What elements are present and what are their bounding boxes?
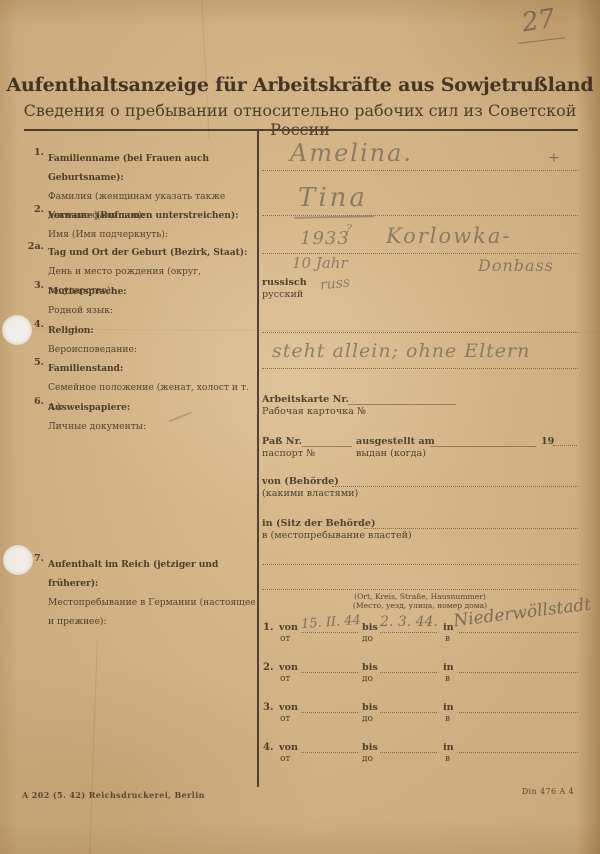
paper-crease xyxy=(89,640,97,854)
label-issued-ru: выдан (когда) xyxy=(356,448,426,459)
footer-print-code: A 202 (5. 42) Reichsdruckerei, Berlin xyxy=(22,790,205,800)
label-ot: от xyxy=(280,674,290,684)
row4-in-line xyxy=(459,751,578,753)
residence-line-1 xyxy=(262,563,578,565)
handwriting-birth-year-note: ? xyxy=(346,222,352,235)
field-number: 3. xyxy=(24,279,44,317)
label-do: до xyxy=(362,714,373,724)
label-von: von xyxy=(279,662,298,673)
label-von: von xyxy=(279,622,298,633)
label-in: in xyxy=(443,742,454,753)
label-bis: bis xyxy=(362,702,378,713)
label-bis: bis xyxy=(362,622,378,633)
row1-bis-line xyxy=(380,631,437,633)
row2-in-line xyxy=(459,671,578,673)
label-von: von xyxy=(279,742,298,753)
row4-von-line xyxy=(301,751,358,753)
label-in: in xyxy=(443,702,454,713)
row1-in-line xyxy=(459,631,578,633)
row4-bis-line xyxy=(380,751,437,753)
handwriting-surname: Amelina. xyxy=(290,139,413,167)
field-label-de: Religion: xyxy=(48,325,94,336)
label-arbeitskarte-de: Arbeitskarte Nr. xyxy=(262,394,349,405)
field-label-ru: Личные документы: xyxy=(48,421,146,432)
residence-row-number: 3. xyxy=(263,702,273,713)
label-von-behoerde-ru: (какими властями) xyxy=(262,488,358,499)
residence-row-number: 2. xyxy=(263,662,273,673)
page-number-annotation: 27 xyxy=(520,4,557,39)
field-label-ru: Вероисповедание: xyxy=(48,344,137,355)
field-label-de: Tag und Ort der Geburt (Bezirk, Staat): xyxy=(48,247,247,258)
label-ot: от xyxy=(280,714,290,724)
field-label-ru: Местопребывание в Германии (настоящее и … xyxy=(48,597,256,627)
answer-line-familienname xyxy=(262,169,578,171)
residence-row-number: 4. xyxy=(263,742,273,753)
answer-line-religion xyxy=(262,331,578,333)
label-pass-ru: паспорт № xyxy=(262,448,315,459)
label-do: до xyxy=(362,754,373,764)
label-ot: от xyxy=(280,754,290,764)
field-label-de: Muttersprache: xyxy=(48,286,127,297)
row3-bis-line xyxy=(380,711,437,713)
answer-line-familienstand xyxy=(262,367,578,369)
handwriting-surname-mark: + xyxy=(548,150,560,166)
handwriting-birth-age: 10 Jahr xyxy=(292,254,348,272)
field-label-de: Aufenthalt im Reich (jetziger und früher… xyxy=(48,559,218,589)
label-in: in xyxy=(443,662,454,673)
label-issued-de: ausgestellt am xyxy=(356,436,435,447)
printed-language-ru: русский xyxy=(262,289,303,300)
von-behoerde-line xyxy=(332,485,578,487)
label-v: в xyxy=(445,674,450,684)
label-bis: bis xyxy=(362,742,378,753)
arbeitskarte-line xyxy=(348,403,456,405)
field-label-ausweispapiere: 6. Ausweispapiere: Личные документы: xyxy=(24,395,256,433)
form-title-russian: Сведения о пребывании относительно рабоч… xyxy=(0,101,600,139)
row3-in-line xyxy=(459,711,578,713)
handwriting-family-status: steht allein; ohne Eltern xyxy=(272,340,530,362)
row3-von-line xyxy=(301,711,358,713)
field-number: 2. xyxy=(24,203,44,241)
field-label-ru: Родной язык: xyxy=(48,305,113,316)
pass-number-line xyxy=(302,445,352,447)
firstname-underline xyxy=(294,215,374,218)
handwriting-birth-region: Donbass xyxy=(478,256,554,275)
handwriting-birth-year: 1933 xyxy=(300,228,350,249)
residence-line-2 xyxy=(262,588,578,590)
issued-date-line xyxy=(430,445,536,447)
field-label-de: Vorname (Rufnamen unterstreichen): xyxy=(48,210,238,221)
field-label-de: Ausweispapiere: xyxy=(48,402,130,413)
column-divider xyxy=(257,131,259,787)
handwriting-firstname: Tina xyxy=(298,183,368,213)
field-label-aufenthalt: 7. Aufenthalt im Reich (jetziger und frü… xyxy=(24,552,256,628)
residence-header-de: (Ort, Kreis, Straße, Hausnummer) xyxy=(295,592,545,601)
handwriting-language: russ xyxy=(319,274,351,293)
label-in-behoerde-de: in (Sitz der Behörde) xyxy=(262,518,376,529)
field-label-de: Familienname (bei Frauen auch Geburtsnam… xyxy=(48,153,209,183)
label-bis: bis xyxy=(362,662,378,673)
row2-von-line xyxy=(301,671,358,673)
label-do: до xyxy=(362,634,373,644)
field-number: 7. xyxy=(24,552,44,628)
label-v: в xyxy=(445,754,450,764)
label-do: до xyxy=(362,674,373,684)
label-von: von xyxy=(279,702,298,713)
residence-row-number: 1. xyxy=(263,622,273,633)
year-line xyxy=(553,444,577,446)
handwriting-birth-place: Korlowka- xyxy=(386,224,511,248)
label-v: в xyxy=(445,634,450,644)
label-pass-de: Paß Nr. xyxy=(262,436,302,447)
label-arbeitskarte-ru: Рабочая карточка № xyxy=(262,406,366,417)
row2-bis-line xyxy=(380,671,437,673)
printed-language-de: russisch xyxy=(262,277,307,288)
field-label-muttersprache: 3. Muttersprache: Родной язык: xyxy=(24,279,256,317)
label-in-behoerde-ru: в (местопребывание властей) xyxy=(262,530,412,541)
handwriting-row1-von: 15. II. 44 xyxy=(301,613,362,632)
field-number: 6. xyxy=(24,395,44,433)
field-label-vorname: 2. Vorname (Rufnamen unterstreichen): Им… xyxy=(24,203,256,241)
aufenthaltsanzeige-form-sheet: 27 Aufenthaltsanzeige für Arbeitskräfte … xyxy=(0,0,600,854)
field-label-ru: Имя (Имя подчеркнуть): xyxy=(48,229,168,240)
footer-din-code: Din 476 A 4 xyxy=(522,787,574,796)
form-title-german: Aufenthaltsanzeige für Arbeitskräfte aus… xyxy=(0,74,600,96)
label-v: в xyxy=(445,714,450,724)
field-label-de: Familienstand: xyxy=(48,363,123,374)
header-rule xyxy=(24,129,578,131)
field-number: 4. xyxy=(24,318,44,356)
field-label-religion: 4. Religion: Вероисповедание: xyxy=(24,318,256,356)
label-von-behoerde-de: von (Behörde) xyxy=(262,476,339,487)
handwriting-row1-bis: 2. 3. 44. xyxy=(380,614,438,630)
label-in: in xyxy=(443,622,454,633)
label-ot: от xyxy=(280,634,290,644)
in-behoerde-line xyxy=(364,527,578,529)
